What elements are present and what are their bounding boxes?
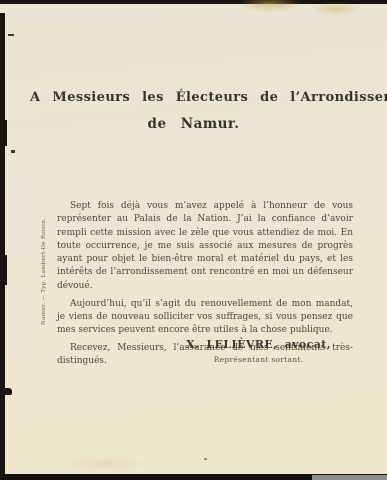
ink-speck xyxy=(204,458,207,460)
scan-edge-ragged xyxy=(4,120,7,146)
paper-stain xyxy=(60,455,150,473)
ink-speck xyxy=(11,150,15,153)
scan-edge-ragged xyxy=(4,255,7,285)
scan-edge-bottom-gray xyxy=(312,475,387,480)
signature-role: Représentant sortant. xyxy=(186,355,331,364)
signature-name: X. LELIÈVRE, avocat, xyxy=(186,338,331,351)
scan-edge-left xyxy=(0,13,5,480)
title-line-2: de Namur. xyxy=(30,116,357,132)
paper-stain xyxy=(312,2,360,16)
body-paragraph: Aujourd’hui, qu’il s’agit du renouvellem… xyxy=(57,298,353,338)
paper-stain xyxy=(238,0,302,12)
document-title: A Messieurs les Électeurs de l’Arrondiss… xyxy=(30,90,357,132)
punch-hole-mark xyxy=(3,388,12,395)
signature-block: X. LELIÈVRE, avocat, Représentant sortan… xyxy=(186,338,331,364)
ink-speck xyxy=(8,34,14,36)
body-paragraph: Sept fois déjà vous m’avez appelé à l’ho… xyxy=(57,200,353,293)
scanned-document-page: A Messieurs les Électeurs de l’Arrondiss… xyxy=(0,0,387,480)
title-line-1: A Messieurs les Électeurs de l’Arrondiss… xyxy=(30,90,357,105)
